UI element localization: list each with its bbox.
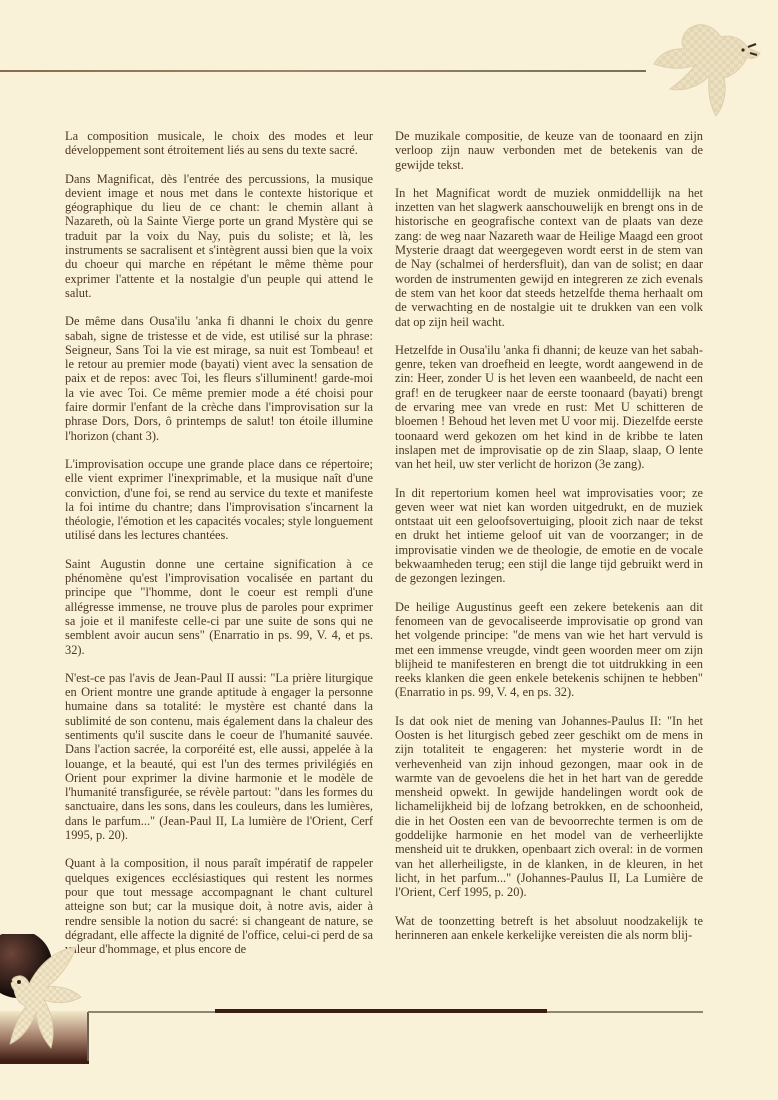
dove-icon — [650, 20, 774, 120]
bottom-rule-thick — [215, 1009, 547, 1013]
paragraph: Saint Augustin donne une certaine signif… — [65, 557, 373, 657]
paragraph: N'est-ce pas l'avis de Jean-Paul II auss… — [65, 671, 373, 843]
paragraph: De heilige Augustinus geeft een zekere b… — [395, 600, 703, 700]
document-page: La composition musicale, le choix des mo… — [0, 0, 778, 1100]
column-french: La composition musicale, le choix des mo… — [65, 129, 373, 956]
paragraph: Dans Magnificat, dès l'entrée des percus… — [65, 172, 373, 301]
dove-sun-illustration — [0, 934, 88, 1063]
paragraph: De muzikale compositie, de keuze van de … — [395, 129, 703, 172]
illustration-bottom-border — [0, 1061, 89, 1064]
paragraph: Is dat ook niet de mening van Johannes-P… — [395, 714, 703, 900]
paragraph: L'improvisation occupe une grande place … — [65, 457, 373, 543]
bottom-rule-thin-left — [88, 1011, 217, 1013]
paragraph: In dit repertorium komen heel wat improv… — [395, 486, 703, 586]
bottom-rule-thin-right — [547, 1011, 703, 1013]
paragraph: Hetzelfde in Ousa'ilu 'anka fi dhanni; d… — [395, 343, 703, 472]
top-rule — [0, 70, 646, 72]
paragraph: De même dans Ousa'ilu 'anka fi dhanni le… — [65, 314, 373, 443]
text-columns: La composition musicale, le choix des mo… — [65, 129, 706, 956]
paragraph: La composition musicale, le choix des mo… — [65, 129, 373, 158]
paragraph: Quant à la composition, il nous paraît i… — [65, 856, 373, 956]
illustration-right-border — [87, 1012, 89, 1063]
paragraph: In het Magnificat wordt de muziek onmidd… — [395, 186, 703, 329]
column-dutch: De muzikale compositie, de keuze van de … — [395, 129, 703, 956]
paragraph: Wat de toonzetting betreft is het absolu… — [395, 914, 703, 943]
